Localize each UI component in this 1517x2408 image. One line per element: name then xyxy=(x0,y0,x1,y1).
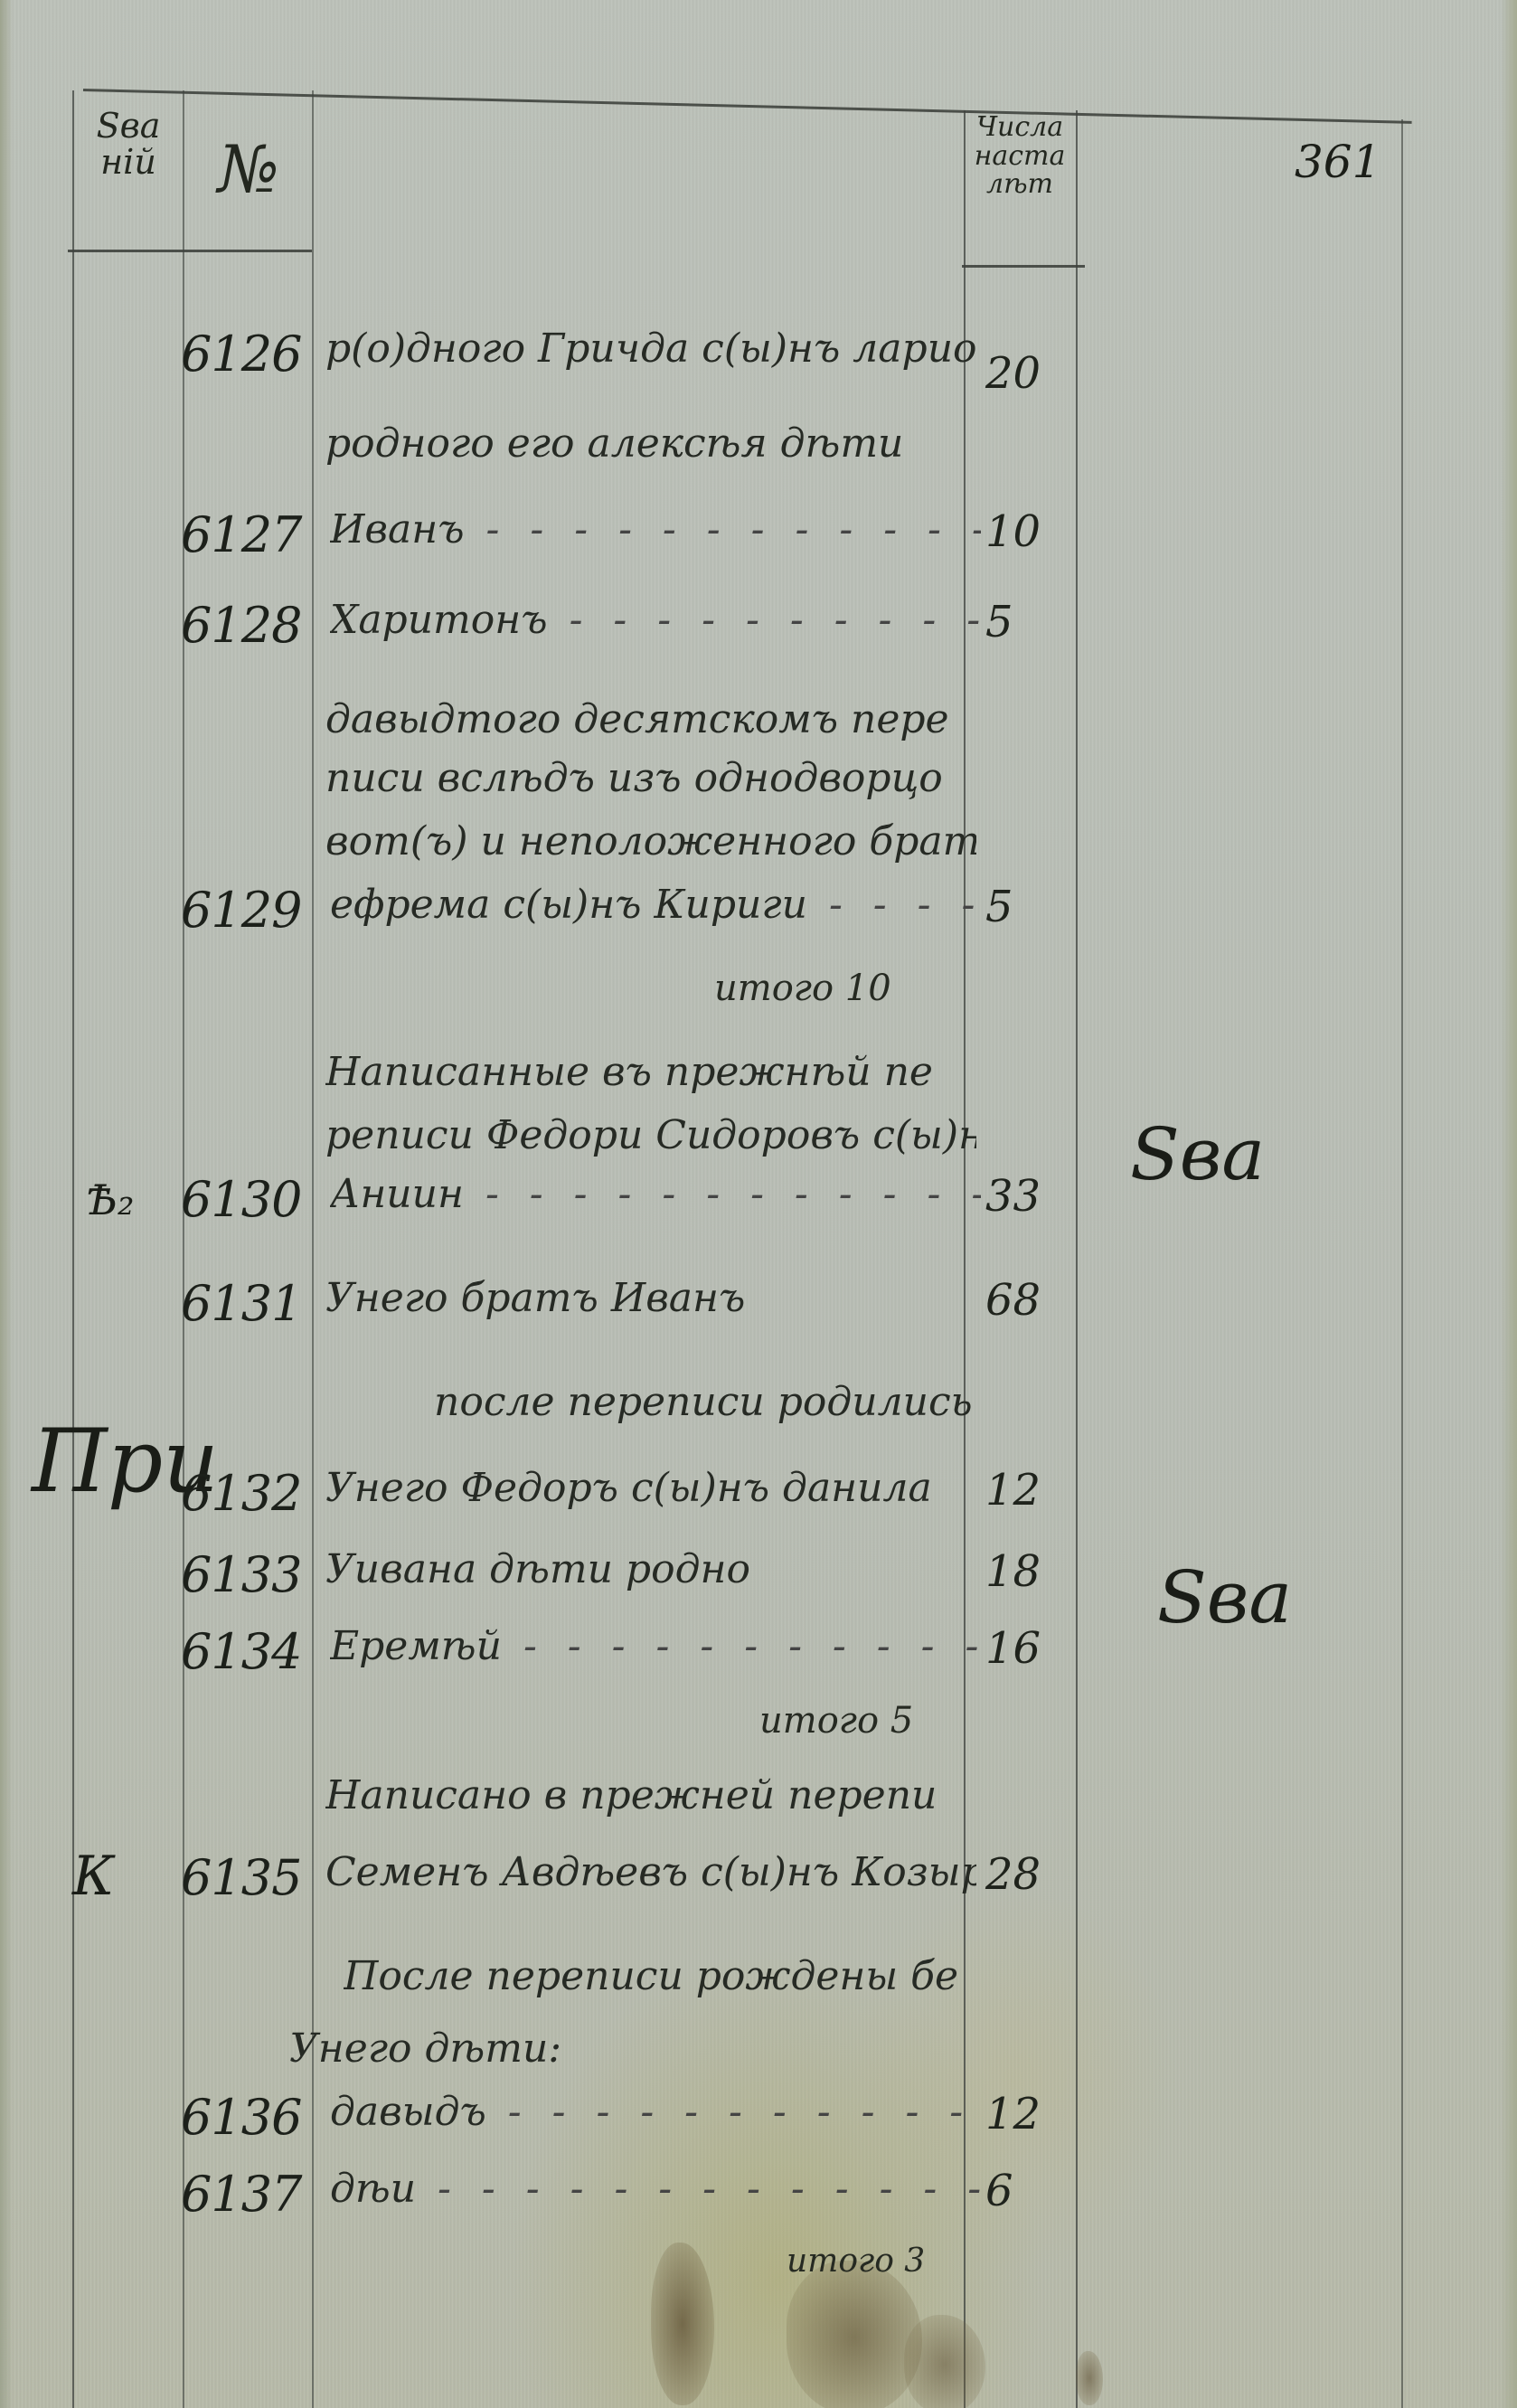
page-edge-right xyxy=(1501,0,1517,2408)
entry-text: ефрема с(ы)нъ Кириги xyxy=(330,882,981,928)
header-age-label: Числа наста лѣт xyxy=(966,113,1074,199)
entry-text: реписи Федори Сидоровъ с(ы)нъ xyxy=(325,1112,976,1158)
entry-age: 28 xyxy=(985,1849,1067,1900)
entry-age: 10 xyxy=(985,506,1067,557)
entry-number: 6128 xyxy=(181,597,307,654)
entry-age: 16 xyxy=(985,1623,1067,1674)
entry-text: Семенъ Авдѣевъ с(ы)нъ Козыревъ xyxy=(325,1849,976,1895)
header-bottom-rule-age xyxy=(962,265,1085,268)
entry-number: 6133 xyxy=(181,1546,307,1603)
entry-age: 33 xyxy=(985,1171,1067,1222)
entry-text: После переписи рождены бе xyxy=(344,1953,994,1999)
header-top-rule xyxy=(83,89,1412,124)
signature-mark: Ѕва xyxy=(1130,1112,1265,1196)
header-bottom-rule-left xyxy=(68,250,312,252)
entry-text: дѣи xyxy=(330,2166,981,2212)
subtotal: итого 3 xyxy=(787,2243,925,2280)
header-number-label: № xyxy=(190,136,307,204)
ink-stain xyxy=(787,2261,922,2408)
entry-text: давыдтого десятскомъ пере xyxy=(325,696,976,742)
entry-age: 12 xyxy=(985,2089,1067,2139)
entry-text: давыдъ xyxy=(330,2089,981,2135)
entry-age: 68 xyxy=(985,1275,1067,1326)
entry-age: 6 xyxy=(985,2166,1067,2216)
entry-text: родного его алексѣя дѣти xyxy=(325,420,976,467)
header-col1-label: Ѕва ній xyxy=(78,109,179,181)
entry-text: писи вслѣдъ изъ однодворцо xyxy=(325,755,976,801)
entry-text: Иванъ xyxy=(330,506,981,552)
entry-text: р(о)дного Гричда с(ы)нъ ларио xyxy=(325,326,976,372)
entry-age: 18 xyxy=(985,1546,1067,1597)
entry-number: 6137 xyxy=(181,2166,307,2223)
entry-text: Унего Федоръ с(ы)нъ данила xyxy=(325,1465,976,1511)
subtotal: итого 5 xyxy=(759,1700,913,1742)
entry-number: 6130 xyxy=(181,1171,307,1228)
entry-text: Харитонъ xyxy=(330,597,981,643)
ink-stain xyxy=(904,2315,985,2408)
entry-text: Аниин xyxy=(330,1171,981,1217)
entry-number: 6126 xyxy=(181,326,307,382)
entry-age: 20 xyxy=(985,348,1067,399)
signature-mark: Ѕва xyxy=(1157,1555,1292,1639)
folio-number: 361 xyxy=(1295,136,1380,188)
entry-number: 6135 xyxy=(181,1849,307,1906)
ink-stain xyxy=(651,2243,714,2405)
entry-text: вот(ъ) и неположенного брата xyxy=(325,818,976,864)
margin-note-left: К xyxy=(72,1845,114,1908)
entry-number: 6134 xyxy=(181,1623,307,1680)
page-edge-left xyxy=(0,0,13,2408)
entry-text: Уивана дѣти родно xyxy=(325,1546,976,1592)
entry-number: 6129 xyxy=(181,882,307,939)
subtotal: итого 10 xyxy=(714,968,891,1009)
entry-text: Написано в прежней перепи xyxy=(325,1772,976,1818)
rule-col1-right xyxy=(183,90,184,2408)
rule-outer-right xyxy=(1401,119,1403,2408)
rule-age-right xyxy=(1076,110,1078,2408)
entry-age: 5 xyxy=(985,597,1067,647)
entry-text: Унего братъ Иванъ xyxy=(325,1275,976,1321)
entry-number: 6127 xyxy=(181,506,307,563)
entry-text: после переписи родились xyxy=(434,1379,1085,1425)
entry-age: 5 xyxy=(985,882,1067,932)
ink-stain xyxy=(1076,2351,1103,2405)
entry-text: Написанные въ прежнѣй пе xyxy=(325,1049,976,1095)
margin-note-left: Ѣ₂ xyxy=(86,1176,134,1224)
entry-age: 12 xyxy=(985,1465,1067,1516)
entry-number: 6131 xyxy=(181,1275,307,1332)
rule-col1-left xyxy=(72,90,74,2408)
entry-number: 6136 xyxy=(181,2089,307,2146)
manuscript-page: Ѕва ній № Числа наста лѣт 361 6126 р(о)д… xyxy=(0,0,1517,2408)
entry-text: Еремѣй xyxy=(330,1623,981,1669)
entry-number: 6132 xyxy=(181,1465,307,1522)
entry-text: Унего дѣти: xyxy=(289,2026,940,2072)
